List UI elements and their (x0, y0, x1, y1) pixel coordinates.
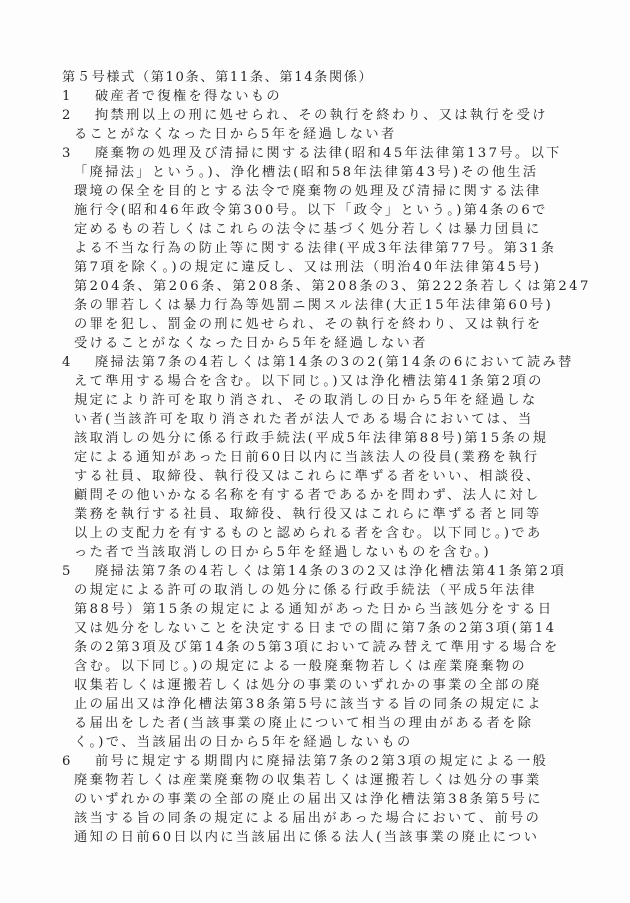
item-line: った者で当該取消しの日から5年を経過しないものを含む。) (62, 543, 568, 562)
item-line: 条の2第3項及び第14条の5第3項において読み替えて準用する場合を (62, 638, 568, 657)
item-line: の罪を犯し、罰金の刑に処せられ、その執行を終わり、又は執行を (62, 315, 568, 334)
item-line: 施行令(昭和46年政令第300号。以下「政令」という。)第4条の6で (62, 201, 568, 220)
item-line: よる不当な行為の防止等に関する法律(平成3年法律第77号。第31条 (62, 239, 568, 258)
list-item-1: 1 破産者で復権を得ないもの (62, 87, 568, 106)
item-line: えて準用する場合を含む。以下同じ。)又は浄化槽法第41条第2項の (62, 372, 568, 391)
item-line: のいずれかの事業の全部の廃止の届出又は浄化槽法第38条第5号に (62, 790, 568, 809)
item-line: 第88号）第15条の規定による通知があった日から当該処分をする日 (62, 600, 568, 619)
item-line: く。)で、当該届出の日から5年を経過しないもの (62, 733, 568, 752)
item-line: 1 破産者で復権を得ないもの (62, 87, 568, 106)
item-line: 又は処分をしないことを決定する日までの間に第7条の2第3項(第14 (62, 619, 568, 638)
item-line: る届出をした者(当該事業の廃止について相当の理由がある者を除 (62, 714, 568, 733)
list-item-6: 6 前号に規定する期間内に廃掃法第7条の2第3項の規定による一般 廃棄物若しくは… (62, 752, 568, 847)
item-line: 含む。以下同じ。)の規定による一般廃棄物若しくは産業廃棄物の (62, 657, 568, 676)
item-line: の規定による許可の取消しの処分に係る行政手続法（平成5年法律 (62, 581, 568, 600)
item-line: 第7項を除く。)の規定に違反し、又は刑法（明治40年法律第45号) (62, 258, 568, 277)
item-line: する社員、取締役、執行役又はこれらに準ずる者をいい、相談役、 (62, 467, 568, 486)
item-line: 該当する旨の同条の規定による届出があった場合において、前号の (62, 809, 568, 828)
item-line: 2 拘禁刑以上の刑に処せられ、その執行を終わり、又は執行を受け (62, 106, 568, 125)
item-line: 定による通知があった日前60日以内に当該法人の役員(業務を執行 (62, 448, 568, 467)
item-line: 第204条、第206条、第208条、第208条の3、第222条若しくは第247 (62, 277, 568, 296)
item-line: 顧問その他いかなる名称を有する者であるかを問わず、法人に対し (62, 486, 568, 505)
item-line: 該取消しの処分に係る行政手続法(平成5年法律第88号)第15条の規 (62, 429, 568, 448)
item-line: 定めるもの若しくはこれらの法令に基づく処分若しくは暴力団員に (62, 220, 568, 239)
list-item-3: 3 廃棄物の処理及び清掃に関する法律(昭和45年法律第137号。以下 「廃掃法」… (62, 144, 568, 353)
item-line: ることがなくなった日から5年を経過しない者 (62, 125, 568, 144)
list-item-5: 5 廃掃法第7条の4若しくは第14条の3の2又は浄化槽法第41条第2項 の規定に… (62, 562, 568, 752)
item-line: 「廃掃法」という。)、浄化槽法(昭和58年法律第43号)その他生活 (62, 163, 568, 182)
item-line: 収集若しくは運搬若しくは処分の事業のいずれかの事業の全部の廃 (62, 676, 568, 695)
item-line: 以上の支配力を有するものと認められる者を含む。以下同じ。)であ (62, 524, 568, 543)
item-line: 条の罪若しくは暴力行為等処罰ニ関スル法律(大正15年法律第60号) (62, 296, 568, 315)
document-page: 第５号様式（第10条、第11条、第14条関係） 1 破産者で復権を得ないもの 2… (62, 68, 568, 847)
item-line: 規定により許可を取り消され、その取消しの日から5年を経過しな (62, 391, 568, 410)
item-line: 3 廃棄物の処理及び清掃に関する法律(昭和45年法律第137号。以下 (62, 144, 568, 163)
item-line: 廃棄物若しくは産業廃棄物の収集若しくは運搬若しくは処分の事業 (62, 771, 568, 790)
item-line: 受けることがなくなった日から5年を経過しない者 (62, 334, 568, 353)
item-line: 4 廃掃法第7条の4若しくは第14条の3の2(第14条の6において読み替 (62, 353, 568, 372)
form-title: 第５号様式（第10条、第11条、第14条関係） (62, 68, 568, 87)
item-line: 業務を執行する社員、取締役、執行役又はこれらに準ずる者と同等 (62, 505, 568, 524)
list-item-2: 2 拘禁刑以上の刑に処せられ、その執行を終わり、又は執行を受け ることがなくなっ… (62, 106, 568, 144)
item-line: い者(当該許可を取り消された者が法人である場合においては、当 (62, 410, 568, 429)
item-line: 環境の保全を目的とする法令で廃棄物の処理及び清掃に関する法律 (62, 182, 568, 201)
item-line: 通知の日前60日以内に当該届出に係る法人(当該事業の廃止につい (62, 828, 568, 847)
item-line: 6 前号に規定する期間内に廃掃法第7条の2第3項の規定による一般 (62, 752, 568, 771)
list-item-4: 4 廃掃法第7条の4若しくは第14条の3の2(第14条の6において読み替 えて準… (62, 353, 568, 562)
item-line: 止の届出又は浄化槽法第38条第5号に該当する旨の同条の規定によ (62, 695, 568, 714)
item-line: 5 廃掃法第7条の4若しくは第14条の3の2又は浄化槽法第41条第2項 (62, 562, 568, 581)
